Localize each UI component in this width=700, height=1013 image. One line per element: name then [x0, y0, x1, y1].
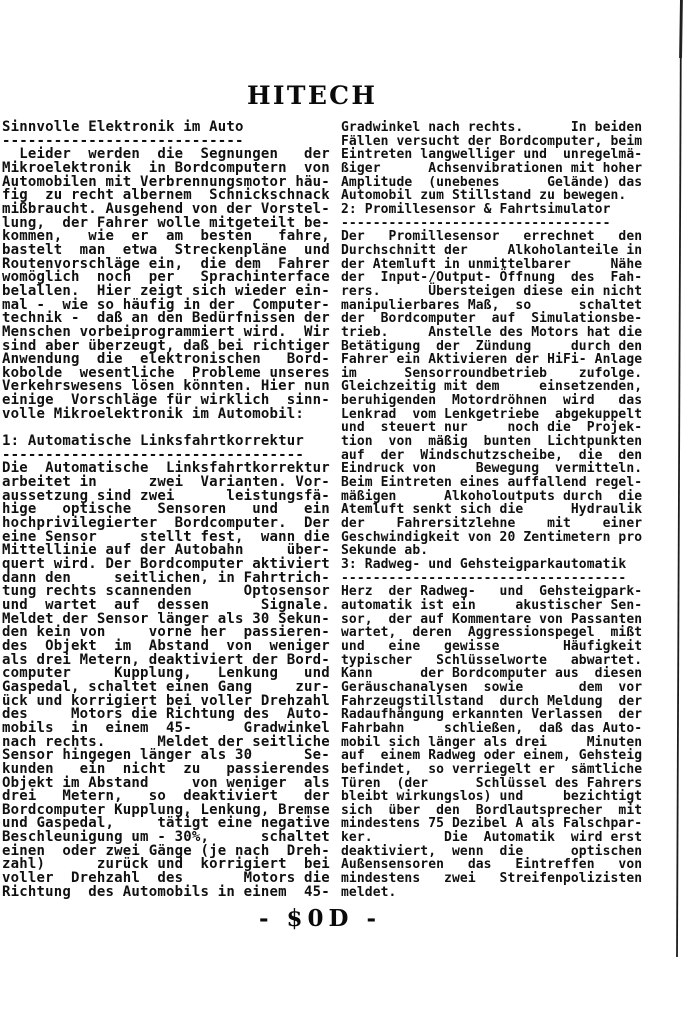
page-footer: - $0D - — [259, 905, 381, 932]
scanned-page: HITECH Sinnvolle Elektronik im Auto ----… — [0, 0, 700, 1013]
right-column-text: Gradwinkel nach rechts. In beiden Fällen… — [341, 121, 642, 899]
left-column-text: Sinnvolle Elektronik im Auto -----------… — [2, 121, 330, 899]
scan-edge-line-top — [681, 0, 682, 58]
scan-edge-line — [677, 0, 681, 957]
page-title: HITECH — [247, 81, 377, 110]
